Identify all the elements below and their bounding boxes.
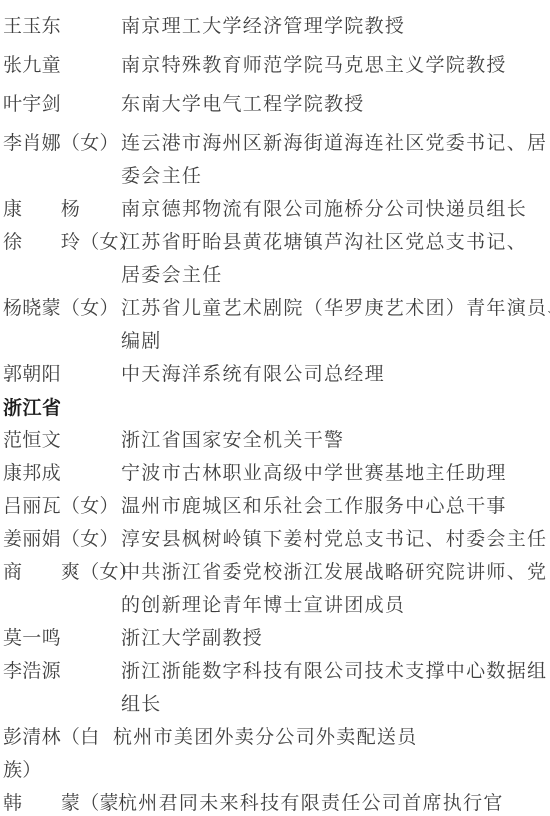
person-name: 范恒文: [3, 430, 61, 452]
person-title: 温州市鹿城区和乐社会工作服务中心总干事: [121, 496, 507, 518]
list-line: 叶宇剑东南大学电气工程学院教授: [0, 94, 550, 118]
list-line: 李肖娜（女）连云港市海州区新海街道海连社区党委书记、居: [0, 133, 550, 157]
person-name: 叶宇剑: [3, 94, 61, 116]
person-title: 浙江省国家安全机关干警: [121, 430, 344, 452]
person-title: 东南大学电气工程学院教授: [121, 94, 365, 116]
list-line: 吕丽瓦（女）温州市鹿城区和乐社会工作服务中心总干事: [0, 496, 550, 520]
person-name: 康 杨: [3, 199, 80, 221]
list-line: 李浩源浙江浙能数字科技有限公司技术支撑中心数据组: [0, 661, 550, 685]
person-name: 莫一鸣: [3, 628, 61, 650]
commendation-list-page: 王玉东南京理工大学经济管理学院教授张九童南京特殊教育师范学院马克思主义学院教授叶…: [0, 0, 550, 816]
person-name: 李浩源: [3, 661, 61, 683]
person-title: 的创新理论青年博士宣讲团成员: [121, 595, 405, 617]
person-name: 族）: [3, 760, 42, 782]
list-line: 郭朝阳中天海洋系统有限公司总经理: [0, 364, 550, 388]
person-title: 浙江浙能数字科技有限公司技术支撑中心数据组: [121, 661, 547, 683]
person-name: 郭朝阳: [3, 364, 61, 386]
person-title: 居委会主任: [121, 265, 223, 287]
person-name: 彭清林（白: [3, 727, 100, 749]
person-name: 王玉东: [3, 16, 61, 38]
list-line: 委会主任: [0, 166, 550, 190]
person-title: 委会主任: [121, 166, 202, 188]
person-title: 浙江大学副教授: [121, 628, 263, 650]
list-line: 族）: [0, 760, 550, 784]
list-line: 徐 玲（女）江苏省盱眙县黄花塘镇芦沟社区党总支书记、: [0, 232, 550, 256]
list-line: 杨晓蒙（女）江苏省儿童艺术剧院（华罗庚艺术团）青年演员、: [0, 298, 550, 322]
person-title: 编剧: [121, 331, 162, 353]
list-line: 姜丽娟（女）淳安县枫树岭镇下姜村党总支书记、村委会主任: [0, 529, 550, 553]
person-title: 中天海洋系统有限公司总经理: [121, 364, 385, 386]
person-name: 吕丽瓦（女）: [3, 496, 119, 518]
person-name: 姜丽娟（女）: [3, 529, 119, 551]
section-header-row: 浙江省: [0, 397, 550, 421]
person-name: 徐 玲（女）: [3, 232, 138, 254]
person-title: 江苏省儿童艺术剧院（华罗庚艺术团）青年演员、: [121, 298, 550, 320]
list-line: 韩 蒙（蒙杭州君同未来科技有限责任公司首席执行官: [0, 793, 550, 816]
person-name: 康邦成: [3, 463, 61, 485]
list-line: 莫一鸣浙江大学副教授: [0, 628, 550, 652]
list-line: 居委会主任: [0, 265, 550, 289]
person-title: 组长: [121, 694, 162, 716]
person-title: 南京理工大学经济管理学院教授: [121, 16, 405, 38]
list-line: 范恒文浙江省国家安全机关干警: [0, 430, 550, 454]
person-name: 杨晓蒙（女）: [3, 298, 119, 320]
person-title: 连云港市海州区新海街道海连社区党委书记、居: [121, 133, 547, 155]
person-title: 宁波市古林职业高级中学世赛基地主任助理: [121, 463, 507, 485]
list-line: 康 杨南京德邦物流有限公司施桥分公司快递员组长: [0, 199, 550, 223]
person-title: 淳安县枫树岭镇下姜村党总支书记、村委会主任: [121, 529, 547, 551]
section-header-label: 浙江省: [3, 397, 62, 419]
person-name: 张九童: [3, 55, 61, 77]
person-title: 南京德邦物流有限公司施桥分公司快递员组长: [121, 199, 527, 221]
list-line: 王玉东南京理工大学经济管理学院教授: [0, 16, 550, 40]
list-line: 张九童南京特殊教育师范学院马克思主义学院教授: [0, 55, 550, 79]
person-title: 江苏省盱眙县黄花塘镇芦沟社区党总支书记、: [121, 232, 527, 254]
person-name: 李肖娜（女）: [3, 133, 119, 155]
list-line: 编剧: [0, 331, 550, 355]
person-title: 南京特殊教育师范学院马克思主义学院教授: [121, 55, 507, 77]
person-name: 商 爽（女）: [3, 562, 138, 584]
person-title: 杭州市美团外卖分公司外卖配送员: [113, 727, 418, 749]
list-line: 彭清林（白杭州市美团外卖分公司外卖配送员: [0, 727, 550, 751]
list-line: 康邦成宁波市古林职业高级中学世赛基地主任助理: [0, 463, 550, 487]
person-title: 中共浙江省委党校浙江发展战略研究院讲师、党: [121, 562, 547, 584]
list-line: 商 爽（女）中共浙江省委党校浙江发展战略研究院讲师、党: [0, 562, 550, 586]
list-line: 的创新理论青年博士宣讲团成员: [0, 595, 550, 619]
person-title: 杭州君同未来科技有限责任公司首席执行官: [118, 793, 504, 815]
list-line: 组长: [0, 694, 550, 718]
person-name: 韩 蒙（蒙: [3, 793, 119, 815]
